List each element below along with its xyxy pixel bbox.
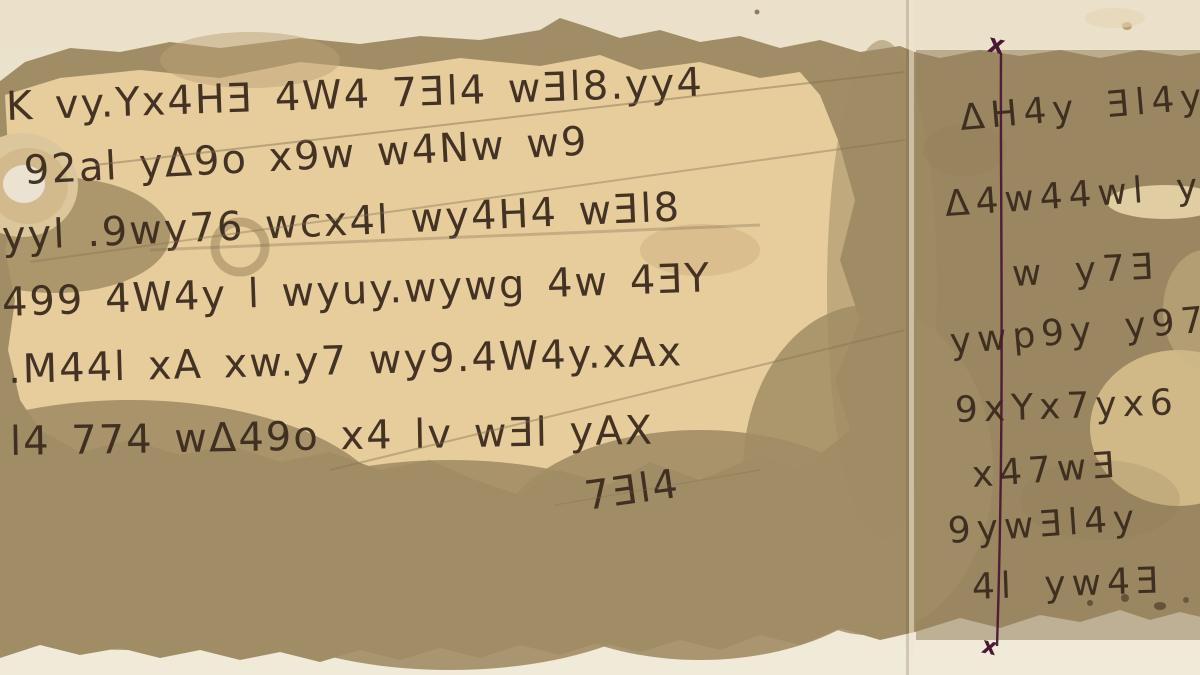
script-line: w y7Ǝ bbox=[1011, 246, 1161, 295]
script-line: 9xYx7yx6 bbox=[954, 382, 1179, 431]
script-line: ΔH4y Ǝl4y bbox=[958, 76, 1200, 138]
script-line: ywp9y y97 bbox=[948, 299, 1200, 363]
inscription-facsimile: K vy.Yx4HƎ 4W4 7Ǝl4 wƎl8.yy4 92al yΔ9o x… bbox=[0, 0, 1200, 675]
script-line: 9ywƎl4y bbox=[947, 498, 1142, 552]
script-line: .M44l xA xw.y7 wy9.4W4y.xAx bbox=[7, 329, 683, 393]
script-line: 499 4W4y l wyuy.wywg 4w 4ƎY bbox=[1, 255, 712, 326]
script-line: x47wƎ bbox=[971, 445, 1123, 496]
script-line: 7Ǝl4 bbox=[582, 461, 683, 520]
script-line: l4 774 wΔ49o x4 lv wƎl yAX bbox=[10, 408, 655, 465]
registration-mark-bottom: x bbox=[979, 633, 999, 662]
script-line: 92al yΔ9o x9w w4Nw w9 bbox=[23, 118, 590, 194]
registration-mark-top: x bbox=[985, 29, 1008, 62]
script-line: K vy.Yx4HƎ 4W4 7Ǝl4 wƎl8.yy4 bbox=[5, 60, 704, 130]
script-line: yyl .9wy76 wcx4l wy4H4 wƎl8 bbox=[1, 184, 682, 260]
fold-crease bbox=[906, 0, 909, 675]
script-line: Δ4w44wl yw9 bbox=[944, 161, 1200, 224]
script-line: 4l yw4Ǝ bbox=[971, 560, 1165, 608]
